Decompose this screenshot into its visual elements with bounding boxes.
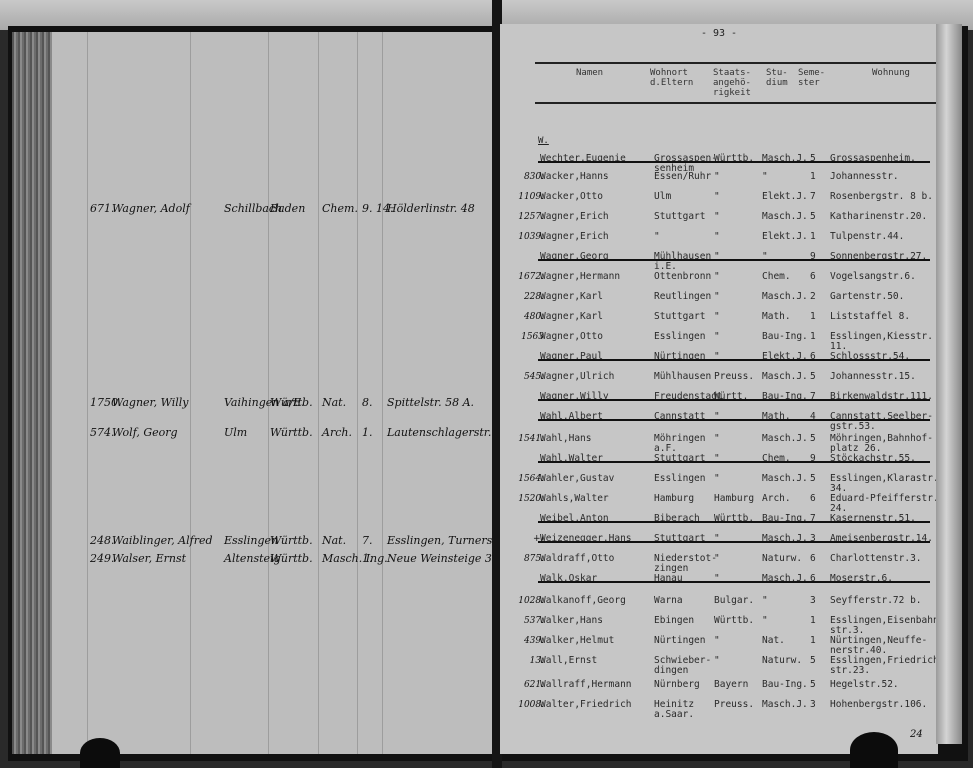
address: Charlottenstr.3. [830, 554, 922, 564]
nationality: Württb. [714, 514, 754, 524]
field-of-study: Masch.J. [762, 574, 808, 584]
field-of-study: Naturw. [762, 554, 802, 564]
entry-number: 228. [506, 292, 544, 302]
student-name: Walker,Hans [540, 616, 603, 626]
field-of-study: " [762, 172, 768, 182]
semester: 1. [362, 552, 373, 565]
semester: 5 [810, 474, 816, 484]
parents-residence: " [654, 232, 660, 242]
semester: 5 [810, 656, 816, 666]
register-row: 830.Wacker,HannsEssen/Ruhr""1Johannesstr… [500, 172, 938, 186]
register-row: 1563Wagner,OttoEsslingen"Bau-Ing.1Esslin… [500, 332, 938, 346]
register-row: 1672.Wagner,HermannOttenbronn"Chem.6Voge… [500, 272, 938, 286]
entry-number: +) [506, 534, 544, 544]
register-row: Wagner,GeorgMühlhausen i.E.""9Sonnenberg… [500, 252, 938, 266]
entry-number: 830. [506, 172, 544, 182]
field-of-study: Math. [762, 312, 791, 322]
semester: 1 [810, 332, 816, 342]
field-of-study: Elekt.J. [762, 352, 808, 362]
nationality: " [714, 292, 720, 302]
nationality: " [714, 534, 720, 544]
nationality: " [714, 574, 720, 584]
field-of-study: Chem. [762, 454, 791, 464]
register-row: 1564.Wahler,GustavEsslingen"Masch.J.5Ess… [500, 474, 938, 488]
address: Birkenwaldstr.111. [830, 392, 933, 402]
student-name: Wagner,Erich [540, 232, 609, 242]
address: Esslingen,Klarastr. 34. [830, 474, 938, 494]
nationality: " [714, 352, 720, 362]
parents-residence: Nürtingen [654, 636, 705, 646]
field-of-study: Bau-Ing. [762, 680, 808, 690]
column-rule [357, 32, 358, 754]
entry-number: 537. [506, 616, 544, 626]
entry-number: 621. [506, 680, 544, 690]
register-row: Walk,OskarHanau"Masch.J.6Moserstr.6. [500, 574, 938, 588]
parents-residence: Biberach [654, 514, 700, 524]
field-of-study: Masch.J. [762, 292, 808, 302]
address: Esslingen, Turnerstr. 12 [387, 534, 497, 547]
nationality: Württb. [270, 426, 313, 439]
folio-number: 24 [910, 729, 923, 740]
entry-number: 480. [506, 312, 544, 322]
student-name: Wahler,Gustav [540, 474, 614, 484]
nationality: Hamburg [714, 494, 754, 504]
field-of-study: Arch. [762, 494, 791, 504]
register-row: Wahl,WalterStuttgart"Chem.9Stöckachstr.5… [500, 454, 938, 468]
semester: 1 [810, 616, 816, 626]
semester: 5 [810, 680, 816, 690]
student-name: Wagner,Paul [540, 352, 603, 362]
field-of-study: Masch.J. [762, 700, 808, 710]
field-of-study: Bau-Ing. [762, 514, 808, 524]
nationality: Württb. [270, 552, 313, 565]
nationality: " [714, 412, 720, 422]
address: Stöckachstr.55. [830, 454, 916, 464]
address: Seyfferstr.72 b. [830, 596, 922, 606]
semester: 8. [362, 396, 373, 409]
parents-residence: Möhringen a.F. [654, 434, 705, 454]
nationality: " [714, 272, 720, 282]
nationality: " [714, 656, 720, 666]
parents-residence: Warna [654, 596, 683, 606]
entry-number: 574. [90, 426, 115, 439]
entry-number: 1672. [506, 272, 544, 282]
field-of-study: Nat. [762, 636, 785, 646]
parents-residence: Hanau [654, 574, 683, 584]
parents-residence: Stuttgart [654, 534, 705, 544]
parents-residence: Mühlhausen i.E. [654, 252, 711, 272]
header-rule-top [535, 62, 938, 64]
page-edges [12, 32, 52, 754]
semester: 5 [810, 212, 816, 222]
semester: 6 [810, 554, 816, 564]
address: Hegelstr.52. [830, 680, 899, 690]
semester: 5 [810, 434, 816, 444]
student-name: Wagner,Ulrich [540, 372, 614, 382]
student-name: Wagner,Willy [540, 392, 609, 402]
register-row: 537.Walker,HansEbingenWürttb."1Esslingen… [500, 616, 938, 630]
entry-number: 439. [506, 636, 544, 646]
semester: 7 [810, 514, 816, 524]
semester: 2 [810, 292, 816, 302]
nationality: " [714, 474, 720, 484]
field-of-study: Masch.J. [762, 372, 808, 382]
header-wohnung: Wohnung [872, 68, 910, 78]
parents-residence: Stuttgart [654, 312, 705, 322]
thumb-shadow [80, 738, 120, 768]
nationality: " [714, 554, 720, 564]
semester: 1 [810, 232, 816, 242]
student-name: Wechter,Eugenie [540, 154, 626, 164]
student-name: Walter,Friedrich [540, 700, 632, 710]
address: Lautenschlagerstr. 30 [387, 426, 497, 439]
semester: 1 [810, 636, 816, 646]
address: Grossaspenheim. [830, 154, 916, 164]
handwritten-row: 248.Waiblinger, AlfredEsslingenWürttb.Na… [12, 534, 497, 550]
register-row: 13.Wall,ErnstSchwieber- dingen"Naturw.5E… [500, 656, 938, 670]
student-name: Walkanoff,Georg [540, 596, 626, 606]
entry-number: 248. [90, 534, 115, 547]
semester: 7 [810, 392, 816, 402]
semester: 3 [810, 596, 816, 606]
field-of-study: Math. [762, 412, 791, 422]
register-row: 621.Wallraff,HermannNürnbergBayernBau-In… [500, 680, 938, 694]
address: Vogelsangstr.6. [830, 272, 916, 282]
nationality: Preuss. [714, 372, 754, 382]
column-rule [268, 32, 269, 754]
student-name: Wagner,Erich [540, 212, 609, 222]
parents-residence: Niederstot- zingen [654, 554, 717, 574]
handwritten-row: 574.Wolf, GeorgUlmWürttb.Arch.1.Lautensc… [12, 426, 497, 442]
field-of-study: Elekt.J. [762, 192, 808, 202]
thumb-shadow [850, 732, 898, 768]
semester: 5 [810, 372, 816, 382]
field-of-study: Chem. [322, 202, 358, 215]
student-name: Wagner, Willy [112, 396, 188, 409]
nationality: " [714, 454, 720, 464]
parents-residence: Nürtingen [654, 352, 705, 362]
student-name: Wagner,Hermann [540, 272, 620, 282]
nationality: " [714, 232, 720, 242]
register-row: 1109.Wacker,OttoUlm"Elekt.J.7Rosenbergst… [500, 192, 938, 206]
left-page: 671.Wagner, AdolfSchillbachBadenChem.9. … [12, 32, 497, 754]
header-wohnort: Wohnort d.Eltern [650, 68, 693, 88]
register-row: 1028.Walkanoff,GeorgWarnaBulgar."3Seyffe… [500, 596, 938, 610]
nationality: " [714, 192, 720, 202]
nationality: Württb. [714, 616, 754, 626]
address: Moserstr.6. [830, 574, 893, 584]
semester: 9 [810, 252, 816, 262]
header-staats: Staats- angehö- rigkeit [713, 68, 751, 98]
field-of-study: " [762, 616, 768, 626]
student-name: Walk,Oskar [540, 574, 597, 584]
address: Ameisenbergstr.14. [830, 534, 933, 544]
page-number: - 93 - [500, 28, 938, 39]
entry-number: 1028. [506, 596, 544, 606]
entry-number: 13. [506, 656, 544, 666]
parents-residence: Esslingen [654, 332, 705, 342]
semester: 9 [810, 454, 816, 464]
nationality: Preuss. [714, 700, 754, 710]
parents-residence: Mühlhausen [654, 372, 711, 382]
header-namen: Namen [576, 68, 603, 78]
register-row: Wagner,PaulNürtingen"Elekt.J.6Schlossstr… [500, 352, 938, 366]
student-name: Wallraff,Hermann [540, 680, 632, 690]
address: Liststaffel 8. [830, 312, 910, 322]
entry-number: 545. [506, 372, 544, 382]
nationality: Württb. [714, 154, 754, 164]
address: Eduard-Pfeifferstr. 24. [830, 494, 938, 514]
student-name: Walser, Ernst [112, 552, 186, 565]
semester: 1. [362, 426, 373, 439]
register-row: 1008.Walter,FriedrichHeinitz a.Saar.Preu… [500, 700, 938, 714]
address: Hölderlinstr. 48 [387, 202, 475, 215]
parents-residence: Esslingen [654, 474, 705, 484]
entry-number: 1039. [506, 232, 544, 242]
column-rule [190, 32, 191, 754]
field-of-study: Nat. [322, 534, 346, 547]
student-name: Wagner,Otto [540, 332, 603, 342]
field-of-study: Naturw. [762, 656, 802, 666]
parents-residence: Ebingen [654, 616, 694, 626]
entry-number: 1008. [506, 700, 544, 710]
nationality: " [714, 636, 720, 646]
entry-number: 1520. [506, 494, 544, 504]
register-row: 439.Walker,HelmutNürtingen"Nat.1Nürtinge… [500, 636, 938, 650]
handwritten-row: 249.Walser, ErnstAltensteigWürttb.Masch.… [12, 552, 497, 568]
field-of-study: Arch. [322, 426, 352, 439]
handwritten-row: 671.Wagner, AdolfSchillbachBadenChem.9. … [12, 202, 497, 218]
student-name: Wagner, Adolf [112, 202, 190, 215]
field-of-study: " [762, 596, 768, 606]
address: Hohenbergstr.106. [830, 700, 927, 710]
parents-residence: Heinitz a.Saar. [654, 700, 694, 720]
nationality: " [714, 172, 720, 182]
parents-residence: Freudenstadt [654, 392, 723, 402]
address: Esslingen,Kiesstr. 11. [830, 332, 933, 352]
address: Spittelstr. 58 A. [387, 396, 474, 409]
student-name: Wagner,Karl [540, 292, 603, 302]
address: Cannstatt,Seelber- gstr.53. [830, 412, 933, 432]
column-rule [382, 32, 383, 754]
address: Neue Weinsteige 35. [387, 552, 497, 565]
address: Sonnenbergstr.27. [830, 252, 927, 262]
nationality: " [714, 332, 720, 342]
parents-residence: Ulm [654, 192, 671, 202]
parents-residence: Schwieber- dingen [654, 656, 711, 676]
address: Johannesstr. [830, 172, 899, 182]
register-row: +)Weizenegger,HansStuttgart"Masch.J.3Ame… [500, 534, 938, 548]
nationality: " [714, 252, 720, 262]
parents-residence: Stuttgart [654, 212, 705, 222]
register-row: 1541.Wahl,HansMöhringen a.F."Masch.J.5Mö… [500, 434, 938, 448]
column-rule [318, 32, 319, 754]
field-of-study: Masch.J. [762, 474, 808, 484]
student-name: Wolf, Georg [112, 426, 178, 439]
student-name: Waldraff,Otto [540, 554, 614, 564]
student-name: Wall,Ernst [540, 656, 597, 666]
address: Nürtingen,Neuffe- nerstr.40. [830, 636, 927, 656]
student-name: Weizenegger,Hans [540, 534, 632, 544]
header-studium: Stu- dium [766, 68, 788, 88]
nationality: Württb. [270, 396, 313, 409]
nationality: " [714, 312, 720, 322]
student-name: Weibel,Anton [540, 514, 609, 524]
field-of-study: Masch.J. [762, 434, 808, 444]
field-of-study: " [762, 252, 768, 262]
nationality: " [714, 212, 720, 222]
address: Gartenstr.50. [830, 292, 904, 302]
register-row: Weibel,AntonBiberachWürttb.Bau-Ing.7Kase… [500, 514, 938, 528]
semester: 1 [810, 172, 816, 182]
semester: 7 [810, 192, 816, 202]
semester: 3 [810, 534, 816, 544]
nationality: " [714, 434, 720, 444]
student-name: Wahl,Albert [540, 412, 603, 422]
register-row: 545.Wagner,UlrichMühlhausenPreuss.Masch.… [500, 372, 938, 386]
student-name: Wahl,Hans [540, 434, 591, 444]
student-name: Waiblinger, Alfred [112, 534, 213, 547]
address: Tulpenstr.44. [830, 232, 904, 242]
parents-residence: Essen/Ruhr [654, 172, 711, 182]
parents-residence: Reutlingen [654, 292, 711, 302]
nationality: Baden [270, 202, 305, 215]
address: Möhringen,Bahnhof- platz 26. [830, 434, 933, 454]
semester: 7. [362, 534, 373, 547]
nationality: Württ. [714, 392, 748, 402]
nationality: Bayern [714, 680, 748, 690]
address: Johannesstr.15. [830, 372, 916, 382]
nationality: Bulgar. [714, 596, 754, 606]
column-rule [87, 32, 88, 754]
field-of-study: Bau-Ing. [762, 392, 808, 402]
entry-number: 1563 [506, 332, 544, 342]
register-row: 1520.Wahls,WalterHamburgHamburgArch.6Edu… [500, 494, 938, 508]
address: Esslingen,Eisenbahn str.3. [830, 616, 938, 636]
student-name: Wahl,Walter [540, 454, 603, 464]
register-row: Wahl,AlbertCannstatt"Math.4Cannstatt,See… [500, 412, 938, 426]
semester: 3 [810, 700, 816, 710]
field-of-study: Masch.J. [762, 154, 808, 164]
address: Schlossstr.54. [830, 352, 910, 362]
entry-number: 249. [90, 552, 115, 565]
field-of-study: Masch.J. [762, 534, 808, 544]
student-name: Wahls,Walter [540, 494, 609, 504]
entry-number: 1109. [506, 192, 544, 202]
field-of-study: Elekt.J. [762, 232, 808, 242]
field-of-study: Masch. Ing. [322, 552, 388, 565]
parents-residence: Stuttgart [654, 454, 705, 464]
header-rule-bottom [535, 102, 938, 104]
register-row: 1257.Wagner,ErichStuttgart"Masch.J.5Kath… [500, 212, 938, 226]
address: Esslingen,Friedrich str.23. [830, 656, 938, 676]
header-semester: Seme- ster [798, 68, 825, 88]
register-row: 480.Wagner,KarlStuttgart"Math.1Liststaff… [500, 312, 938, 326]
parents-residence: Hamburg [654, 494, 694, 504]
register-row: 1039.Wagner,Erich""Elekt.J.1Tulpenstr.44… [500, 232, 938, 246]
entry-number: 671. [90, 202, 115, 215]
parents-residence: Cannstatt [654, 412, 705, 422]
student-name: Wagner,Karl [540, 312, 603, 322]
semester: 6 [810, 574, 816, 584]
register-row: 875.Waldraff,OttoNiederstot- zingen"Natu… [500, 554, 938, 568]
semester: 1 [810, 312, 816, 322]
register-row: Wagner,WillyFreudenstadtWürtt.Bau-Ing.7B… [500, 392, 938, 406]
parents-residence: Ottenbronn [654, 272, 711, 282]
entry-number: 1541. [506, 434, 544, 444]
address: Kasernenstr.51. [830, 514, 916, 524]
register-row: 228.Wagner,KarlReutlingen"Masch.J.2Garte… [500, 292, 938, 306]
semester: 5 [810, 154, 816, 164]
right-page: - 93 - Namen Wohnort d.Eltern Staats- an… [500, 24, 938, 754]
handwritten-row: 1750.Wagner, WillyVaihingen a/E.Württb.N… [12, 396, 497, 412]
field-of-study: Nat. [322, 396, 346, 409]
parents-residence: Nürnberg [654, 680, 700, 690]
entry-number: 1257. [506, 212, 544, 222]
section-letter: W. [538, 136, 549, 146]
register-row: Wechter,EugenieGrossaspen- senheimWürttb… [500, 154, 938, 168]
student-name: Wacker,Otto [540, 192, 603, 202]
parents-residence: Ulm [224, 426, 247, 439]
student-name: Walker,Helmut [540, 636, 614, 646]
field-of-study: Masch.J. [762, 212, 808, 222]
semester: 4 [810, 412, 816, 422]
student-name: Wacker,Hanns [540, 172, 609, 182]
semester: 6 [810, 494, 816, 504]
address: Rosenbergstr. 8 b. [830, 192, 933, 202]
address: Katharinenstr.20. [830, 212, 927, 222]
nationality: Württb. [270, 534, 313, 547]
field-of-study: Chem. [762, 272, 791, 282]
page-edges-right [936, 24, 962, 744]
student-name: Wagner,Georg [540, 252, 609, 262]
semester: 6 [810, 352, 816, 362]
field-of-study: Bau-Ing. [762, 332, 808, 342]
entry-number: 1564. [506, 474, 544, 484]
entry-number: 875. [506, 554, 544, 564]
semester: 6 [810, 272, 816, 282]
